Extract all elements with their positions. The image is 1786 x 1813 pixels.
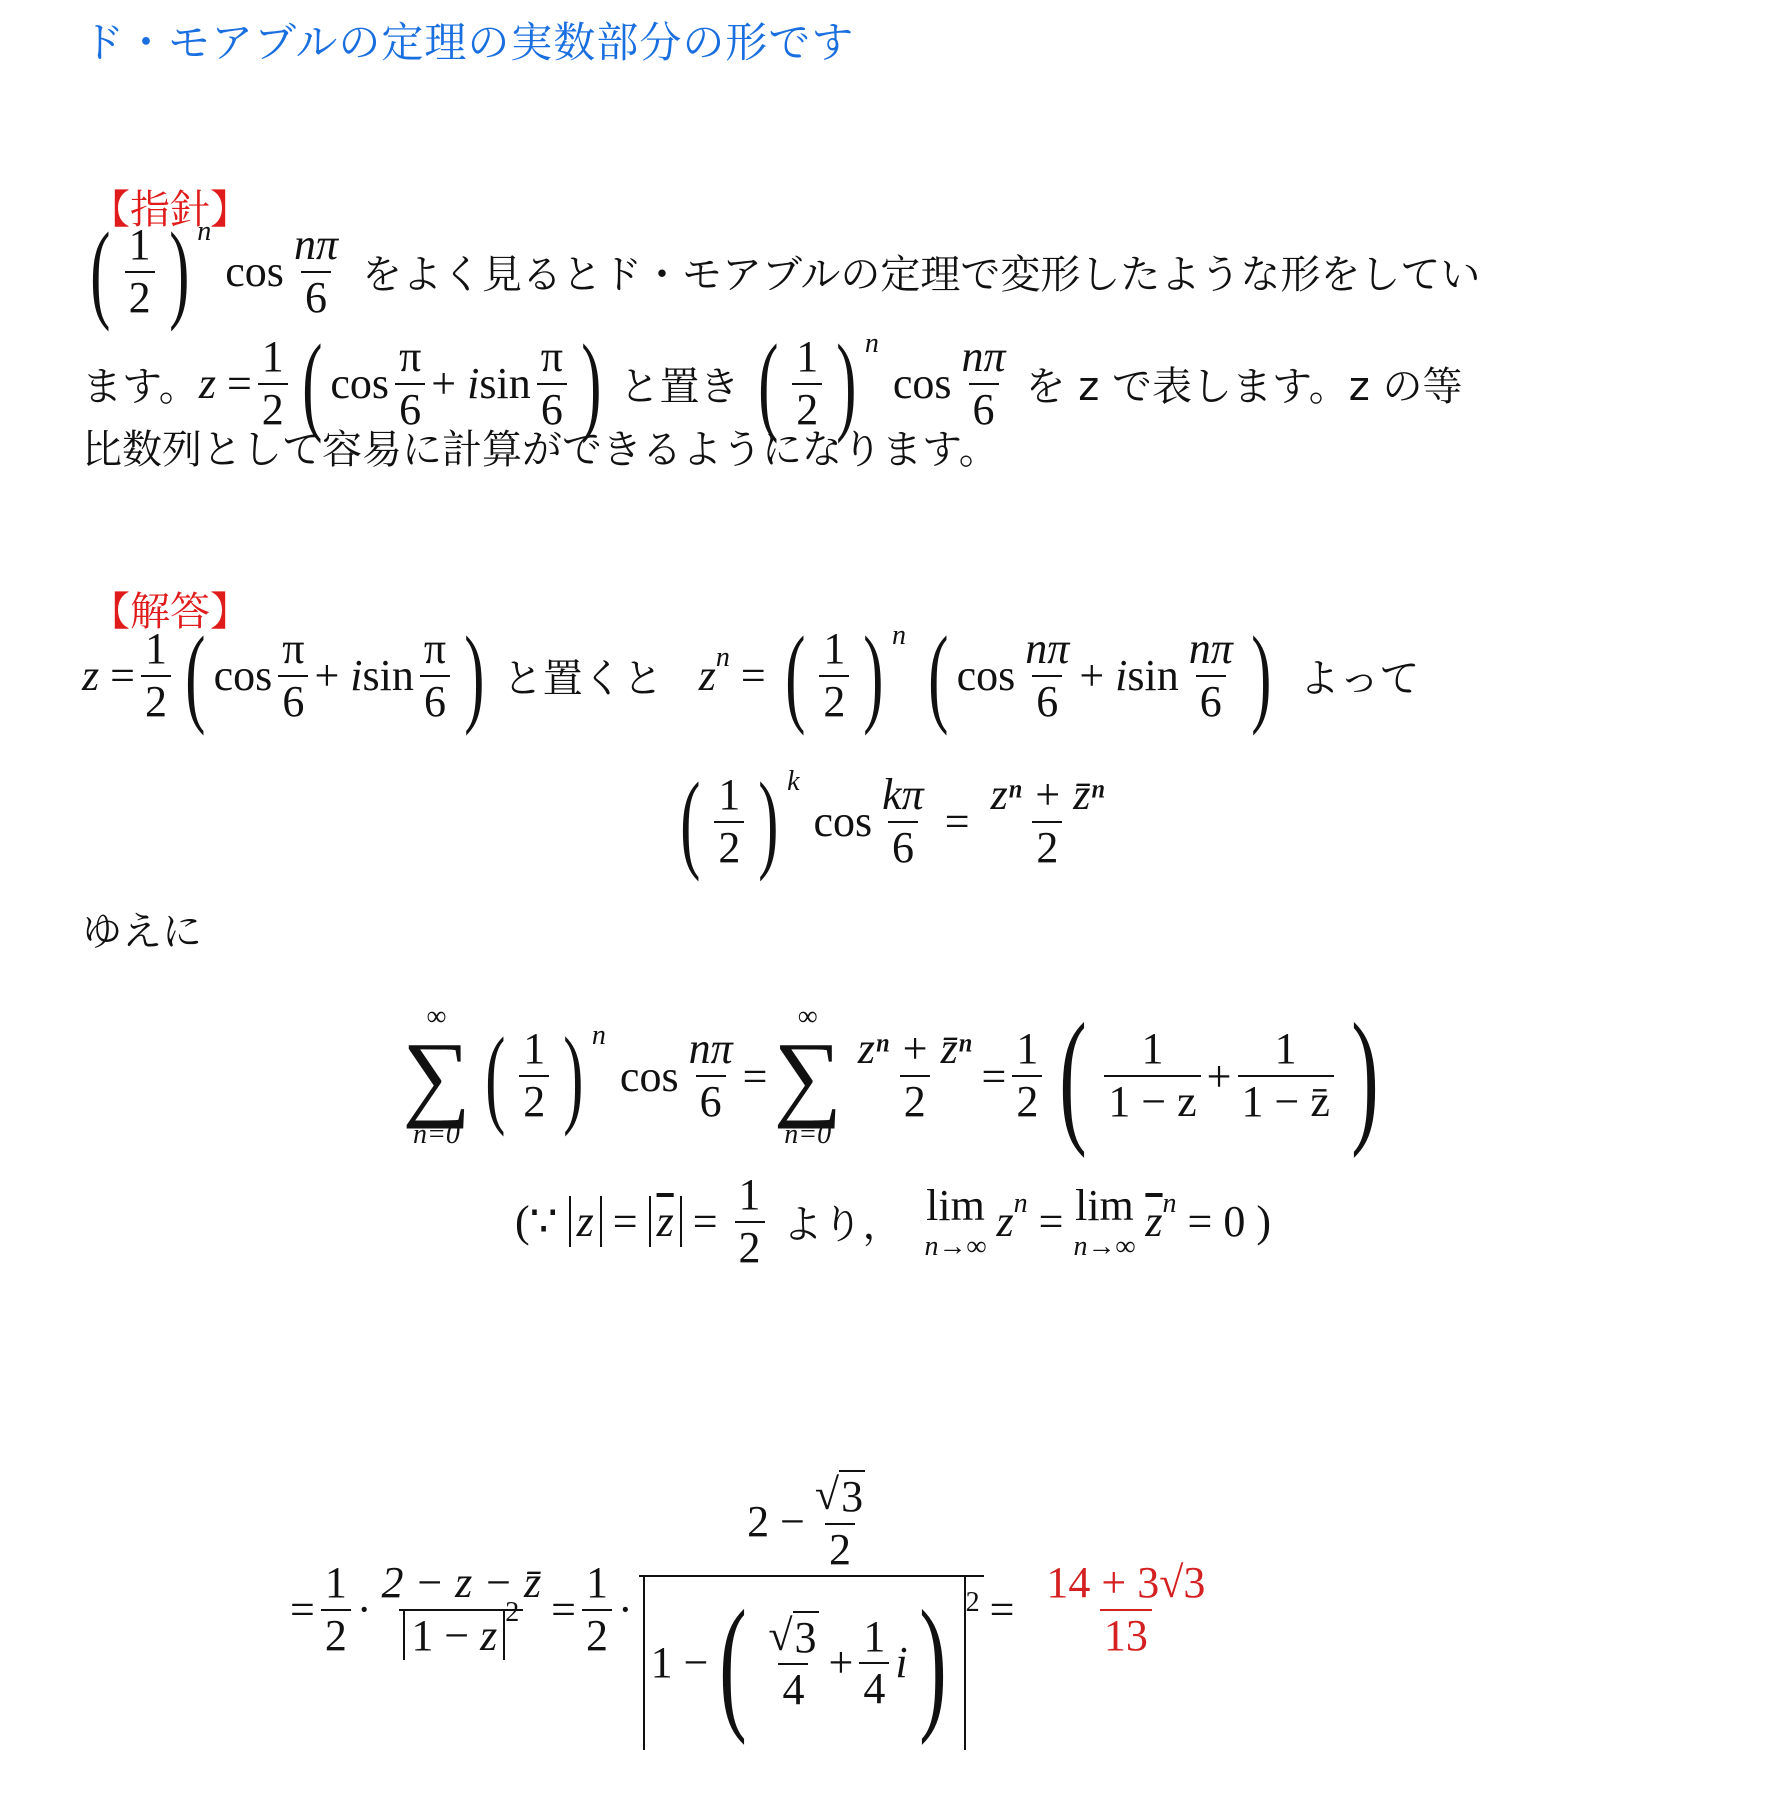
hint-line-1: ( 12 ) n cos nπ6 をよく見るとド・モアブルの定理で変形したような… bbox=[82, 208, 1480, 335]
solution-eq-1: z = 12 ( cos π6 + isin π6 ) と置くと zn = ( … bbox=[82, 612, 1419, 739]
therefore-text: ゆえに bbox=[82, 900, 202, 957]
solution-eq-5: = 12 · 2 − z − z̄1 − z2 = 12 · 2 − √32 1… bbox=[290, 1470, 1215, 1750]
hint-text-1: をよく見るとド・モアブルの定理で変形したような形をしてい bbox=[362, 243, 1480, 300]
solution-eq-4: (∵ z = z = 12 より， limn→∞ zn = limn→∞ zn … bbox=[0, 1170, 1786, 1273]
solution-eq-3: ∞∑n=0 ( 12 ) n cos nπ6 = ∞∑n=0 zⁿ + z̄ⁿ2… bbox=[0, 990, 1786, 1162]
final-answer: 14 + 3√3 13 bbox=[1042, 1558, 1209, 1661]
math-half-power-n: ( 12 ) n cos nπ6 bbox=[82, 208, 348, 335]
page-title: ド・モアブルの定理の実数部分の形です bbox=[82, 10, 854, 70]
solution-eq-2: ( 12 ) k cos kπ6 = zⁿ + z̄ⁿ2 bbox=[0, 758, 1786, 885]
hint-line-3: 比数列として容易に計算ができるようになります。 bbox=[82, 418, 999, 475]
